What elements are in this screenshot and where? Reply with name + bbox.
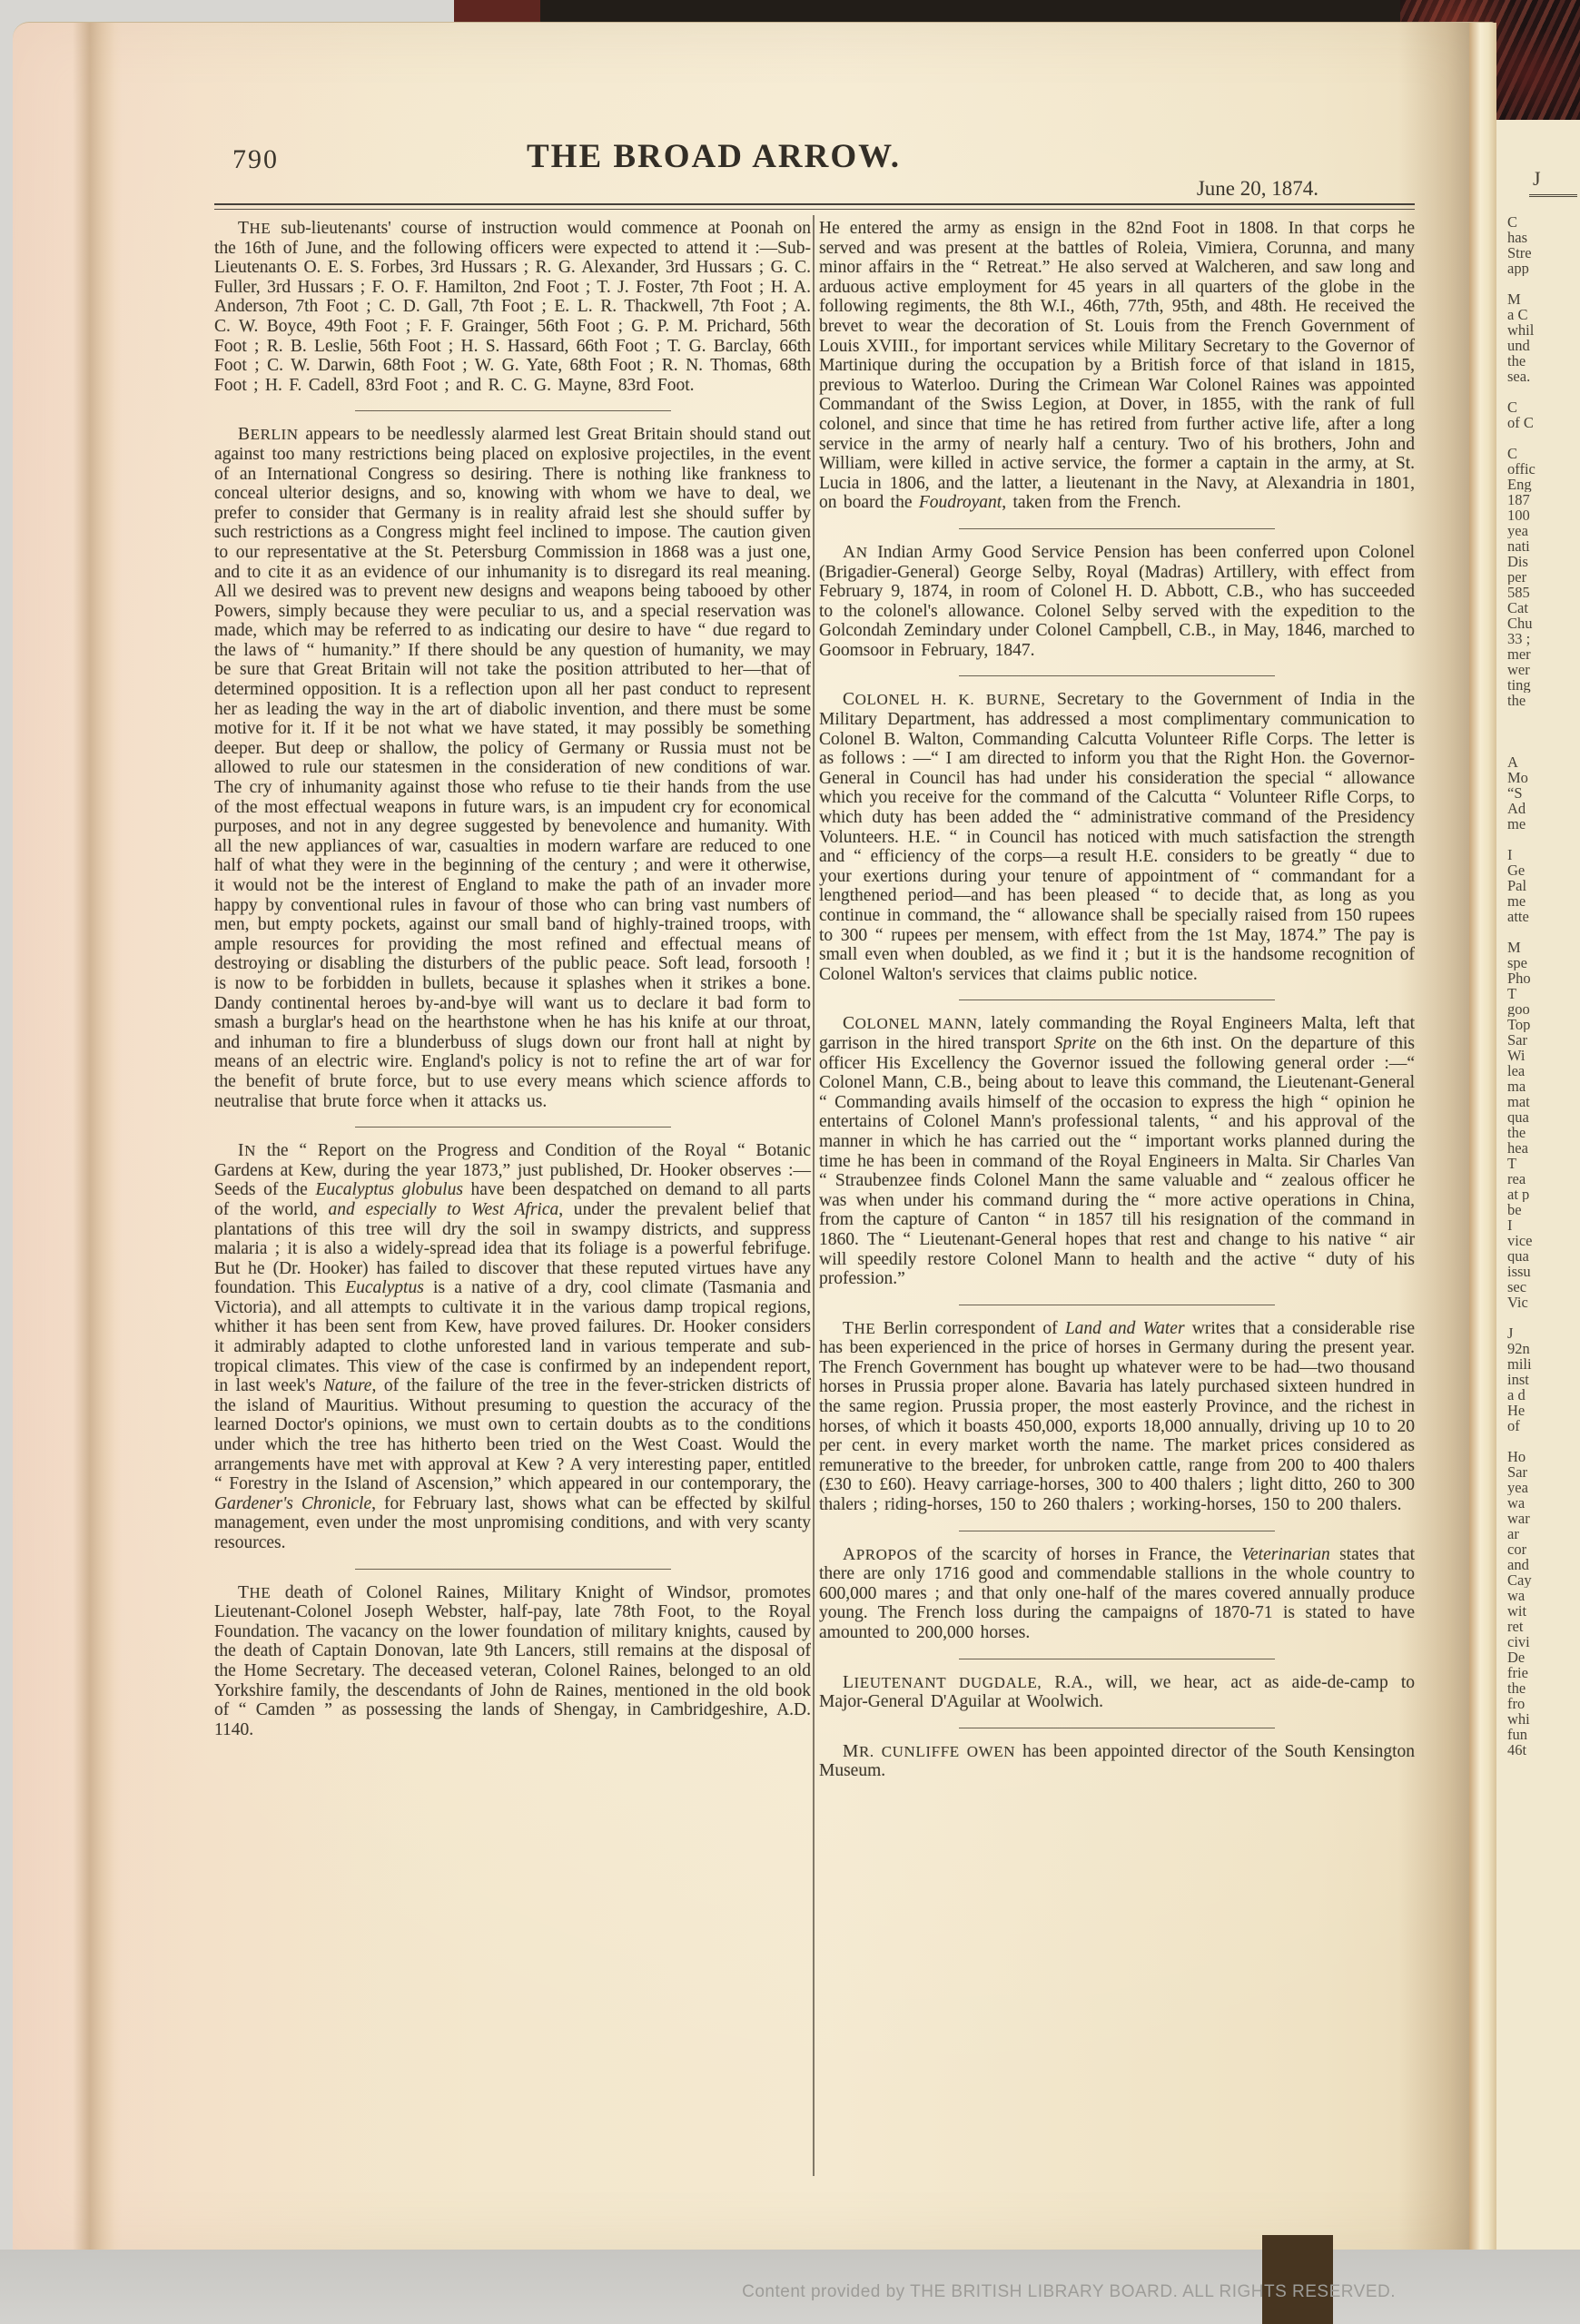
next-page-text-fragment: hea	[1507, 1140, 1578, 1156]
next-page-text-fragment: mer	[1507, 646, 1578, 662]
next-page-text-fragment: whil	[1507, 322, 1578, 338]
next-page-text-fragment: Stre	[1507, 245, 1578, 261]
newspaper-page: 790 THE BROAD ARROW. June 20, 1874. THE …	[13, 22, 1496, 2252]
article-separator-rule	[959, 1659, 1275, 1659]
article-lead: COLONEL H. K. BURNE,	[843, 691, 1045, 708]
next-page-text-fragment: Dis	[1507, 554, 1578, 569]
next-page-text-fragment: 92n	[1507, 1341, 1578, 1356]
article: BERLIN appears to be needlessly alarmed …	[214, 425, 811, 1111]
next-page-text-fragment	[1507, 924, 1578, 940]
book-spine-top-shadow	[454, 0, 1406, 24]
article: LIEUTENANT DUGDALE, R.A., will, we hear,…	[819, 1673, 1415, 1712]
article: MR. CUNLIFFE OWEN has been appointed dir…	[819, 1742, 1415, 1781]
library-watermark: Content provided by THE BRITISH LIBRARY …	[742, 2282, 1396, 2302]
article-separator-rule	[355, 1127, 671, 1128]
next-page-text-fragment: the	[1507, 1680, 1578, 1696]
next-page-text-fragment: of	[1507, 1418, 1578, 1433]
next-page-text-fragment: T	[1507, 1156, 1578, 1171]
next-page-text-fragment: be	[1507, 1202, 1578, 1217]
next-page-text-fragment: fro	[1507, 1696, 1578, 1711]
next-page-text-fragment: M	[1507, 940, 1578, 955]
next-page-text-fragment: yea	[1507, 523, 1578, 538]
next-page-text-fragment	[1507, 1310, 1578, 1325]
next-page-text-fragment: of C	[1507, 415, 1578, 430]
next-page-text-fragment: frie	[1507, 1665, 1578, 1680]
next-page-text-fragment: Ge	[1507, 862, 1578, 878]
article-lead: MR. CUNLIFFE OWEN	[843, 1743, 1015, 1760]
next-page-text-fragment: T	[1507, 986, 1578, 1001]
next-page-text-fragment: spe	[1507, 955, 1578, 970]
next-page-text-fragment: Pho	[1507, 970, 1578, 986]
column-divider-rule	[813, 215, 815, 2176]
next-page-text-fragment: mili	[1507, 1356, 1578, 1372]
next-page-text-fragment: mat	[1507, 1094, 1578, 1109]
next-page-text-fragment: Top	[1507, 1017, 1578, 1032]
next-page-text-fragment: sea.	[1507, 369, 1578, 384]
next-page-text-fragment	[1507, 724, 1578, 739]
next-page-text-fragment: the	[1507, 1125, 1578, 1140]
next-page-text-fragment: 585	[1507, 585, 1578, 600]
article-lead: COLONEL MANN,	[843, 1015, 982, 1032]
article: THE Berlin correspondent of Land and Wat…	[819, 1319, 1415, 1515]
next-page-text-fragment: wit	[1507, 1603, 1578, 1619]
next-page-text-fragment: wer	[1507, 662, 1578, 677]
article-lead: THE	[238, 1584, 271, 1601]
book-cover-fragment	[1262, 2235, 1333, 2324]
next-page-text-fragment: me	[1507, 816, 1578, 832]
next-page-text-fragment: I	[1507, 847, 1578, 862]
article-separator-rule	[355, 410, 671, 411]
next-page-text-fragment: the	[1507, 353, 1578, 369]
article-lead: THE	[238, 220, 271, 237]
next-page-text-fragment: M	[1507, 291, 1578, 307]
article: THE death of Colonel Raines, Military Kn…	[214, 1583, 811, 1740]
next-page-text-fragment: Sar	[1507, 1032, 1578, 1048]
next-page-text-fragment: vice	[1507, 1233, 1578, 1248]
article: COLONEL MANN, lately commanding the Roya…	[819, 1014, 1415, 1288]
article: THE sub-lieutenants' course of instructi…	[214, 219, 811, 395]
next-page-text-fragment: me	[1507, 893, 1578, 909]
page-curl-edge	[1469, 23, 1496, 2252]
right-text-column: He entered the army as ensign in the 82n…	[819, 219, 1415, 1781]
next-page-text-fragment	[1507, 384, 1578, 399]
next-page-text-fragment: war	[1507, 1511, 1578, 1526]
next-page-text-fragment: wa	[1507, 1495, 1578, 1511]
article: APROPOS of the scarcity of horses in Fra…	[819, 1545, 1415, 1643]
next-page-text-fragment: qua	[1507, 1109, 1578, 1125]
next-page-text-fragment	[1507, 739, 1578, 754]
next-page-text-fragment: app	[1507, 261, 1578, 276]
next-page-text-fragment: cor	[1507, 1541, 1578, 1557]
article-separator-rule	[959, 528, 1275, 529]
next-page-text-fragment: atte	[1507, 909, 1578, 924]
next-page-text-fragment: issu	[1507, 1264, 1578, 1279]
next-page-text-fragment: a d	[1507, 1387, 1578, 1403]
next-page-text-fragment: ma	[1507, 1078, 1578, 1094]
next-page-text-fragment: offic	[1507, 461, 1578, 477]
next-page-text-fragment: 187	[1507, 492, 1578, 507]
article-lead: IN	[238, 1142, 256, 1159]
next-page-text-fragment: Sar	[1507, 1464, 1578, 1480]
page-stack-edge	[73, 23, 122, 2252]
next-page-text-fragment: “S	[1507, 785, 1578, 801]
article-lead: AN	[843, 544, 868, 561]
next-page-text-fragment: Cat	[1507, 600, 1578, 615]
next-page-text-fragment: ar	[1507, 1526, 1578, 1541]
next-page-text-fragment: nati	[1507, 538, 1578, 554]
article-separator-rule	[959, 1000, 1275, 1000]
next-page-text-column: ChasStreapp Ma Cwhilundthesea. Cof C Cof…	[1507, 214, 1578, 1758]
next-page-text-fragment: the	[1507, 693, 1578, 708]
left-text-column: THE sub-lieutenants' course of instructi…	[214, 219, 811, 1739]
next-page-text-fragment: C	[1507, 446, 1578, 461]
next-page-text-fragment: rea	[1507, 1171, 1578, 1187]
next-page-text-fragment: yea	[1507, 1480, 1578, 1495]
next-page-text-fragment: wa	[1507, 1588, 1578, 1603]
article: IN the “ Report on the Progress and Cond…	[214, 1141, 811, 1552]
next-page-text-fragment: und	[1507, 338, 1578, 353]
book-spine-red-segment	[454, 0, 540, 24]
next-page-text-fragment: has	[1507, 230, 1578, 245]
next-page-text-fragment: inst	[1507, 1372, 1578, 1387]
next-page-text-fragment: per	[1507, 569, 1578, 585]
scanner-bottom-strip: Content provided by THE BRITISH LIBRARY …	[0, 2250, 1580, 2324]
article-lead: BERLIN	[238, 426, 299, 443]
next-page-text-fragment: He	[1507, 1403, 1578, 1418]
header-rule	[214, 209, 1415, 210]
next-page-text-fragment: A	[1507, 754, 1578, 770]
next-page-text-fragment	[1507, 708, 1578, 724]
article: COLONEL H. K. BURNE, Secretary to the Go…	[819, 690, 1415, 984]
next-page-text-fragment: De	[1507, 1649, 1578, 1665]
next-page-text-fragment	[1507, 1433, 1578, 1449]
next-page-text-fragment: goo	[1507, 1001, 1578, 1017]
article-separator-rule	[959, 1531, 1275, 1531]
next-page-text-fragment: ting	[1507, 677, 1578, 693]
next-page-text-fragment: J	[1507, 1325, 1578, 1341]
next-page-text-fragment: Cay	[1507, 1572, 1578, 1588]
next-page-text-fragment: Eng	[1507, 477, 1578, 492]
masthead-title: THE BROAD ARROW.	[214, 137, 1213, 176]
next-page-text-fragment: 46t	[1507, 1742, 1578, 1758]
next-page-sliver: J ChasStreapp Ma Cwhilundthesea. Cof C C…	[1496, 22, 1580, 2251]
next-page-header-fragment: J	[1529, 167, 1577, 197]
next-page-text-fragment: Ad	[1507, 801, 1578, 816]
article: He entered the army as ensign in the 82n…	[819, 219, 1415, 513]
next-page-text-fragment: fun	[1507, 1727, 1578, 1742]
next-page-text-fragment: whi	[1507, 1711, 1578, 1727]
issue-date: June 20, 1874.	[1197, 177, 1318, 201]
next-page-text-fragment: a C	[1507, 307, 1578, 322]
article-lead: THE	[843, 1320, 875, 1337]
next-page-text-fragment: qua	[1507, 1248, 1578, 1264]
next-page-text-fragment: Chu	[1507, 615, 1578, 631]
article-separator-rule	[355, 1569, 671, 1570]
next-page-text-fragment: Ho	[1507, 1449, 1578, 1464]
article-separator-rule	[959, 1728, 1275, 1728]
article-separator-rule	[959, 1305, 1275, 1305]
next-page-text-fragment: C	[1507, 399, 1578, 415]
next-page-text-fragment: civi	[1507, 1634, 1578, 1649]
next-page-text-fragment	[1507, 430, 1578, 446]
next-page-text-fragment	[1507, 276, 1578, 291]
next-page-text-fragment: sec	[1507, 1279, 1578, 1295]
next-page-text-fragment: Wi	[1507, 1048, 1578, 1063]
next-page-text-fragment: Pal	[1507, 878, 1578, 893]
next-page-text-fragment: 33 ;	[1507, 631, 1578, 646]
next-page-text-fragment: 100	[1507, 507, 1578, 523]
next-page-text-fragment	[1507, 832, 1578, 847]
next-page-text-fragment: and	[1507, 1557, 1578, 1572]
next-page-text-fragment: C	[1507, 214, 1578, 230]
next-page-text-fragment: I	[1507, 1217, 1578, 1233]
header-rule	[214, 203, 1415, 205]
article-lead: APROPOS	[843, 1546, 918, 1563]
article: AN Indian Army Good Service Pension has …	[819, 543, 1415, 661]
next-page-text-fragment: lea	[1507, 1063, 1578, 1078]
next-page-text-fragment: at p	[1507, 1187, 1578, 1202]
article-separator-rule	[959, 675, 1275, 676]
next-page-text-fragment: Mo	[1507, 770, 1578, 785]
next-page-text-fragment: Vic	[1507, 1295, 1578, 1310]
next-page-text-fragment: ret	[1507, 1619, 1578, 1634]
article-lead: LIEUTENANT DUGDALE,	[843, 1674, 1042, 1691]
